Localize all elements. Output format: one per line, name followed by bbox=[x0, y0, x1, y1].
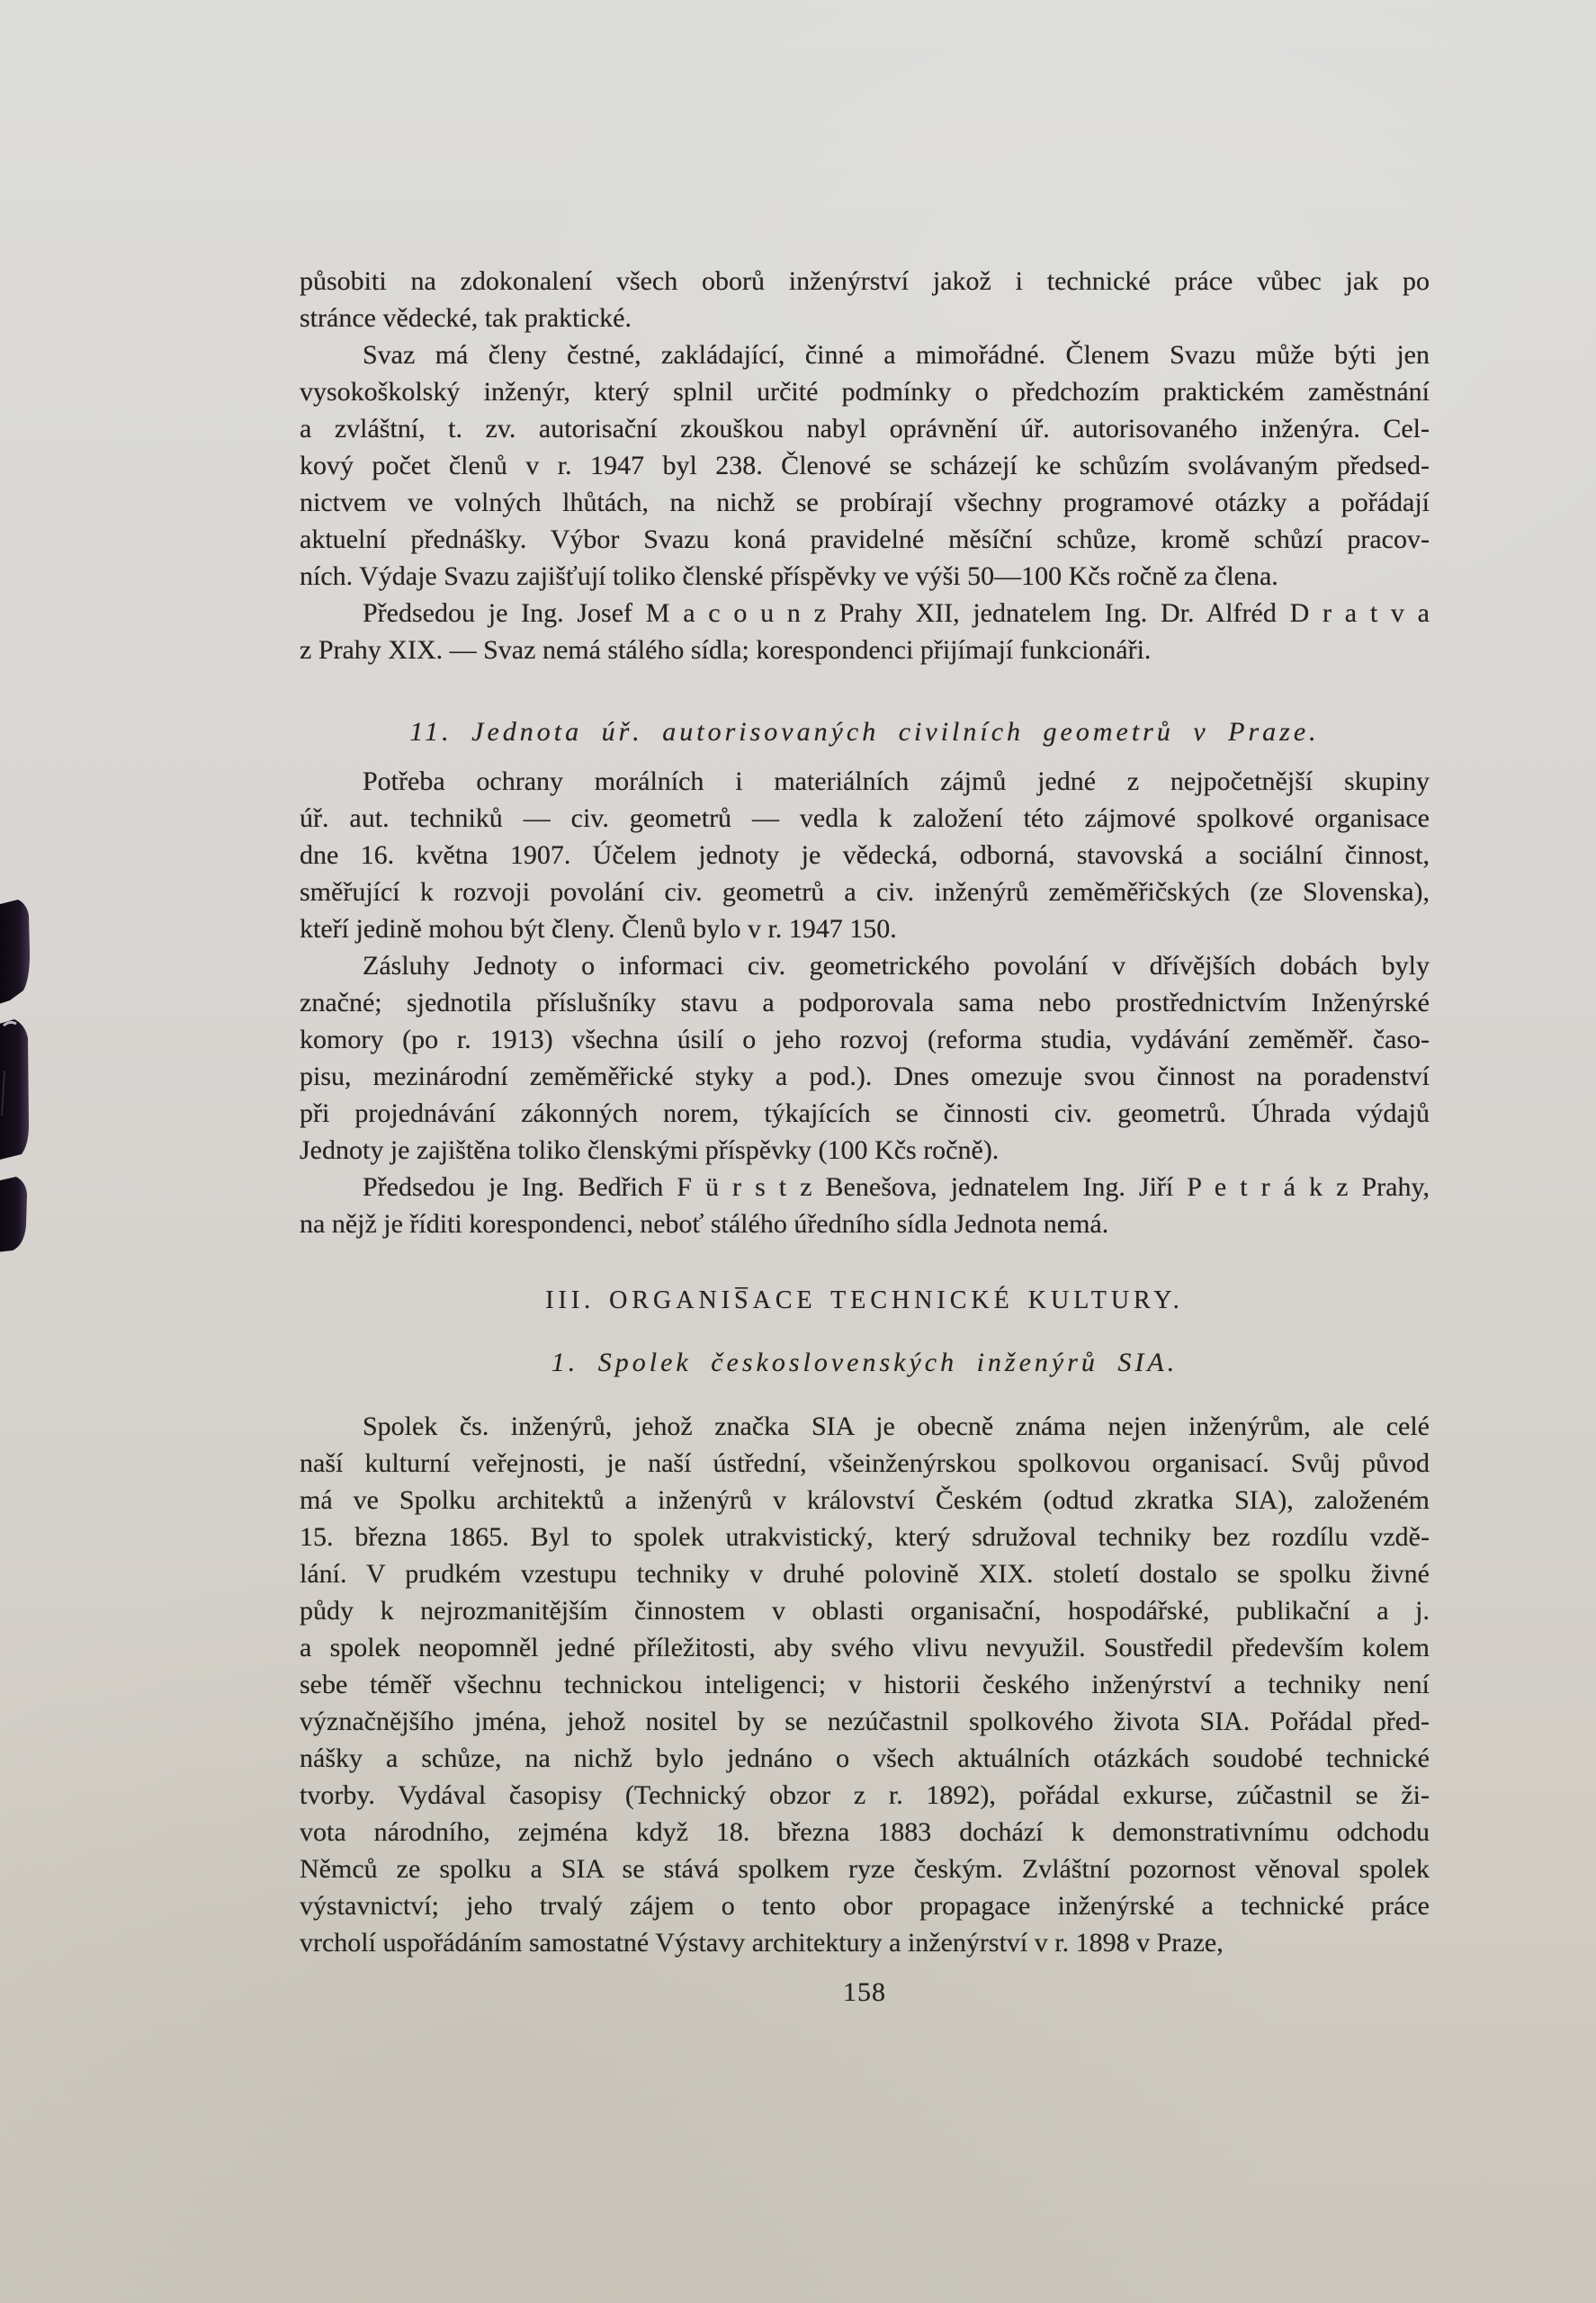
text-line: a spolek neopomněl jedné příležitosti, a… bbox=[300, 1629, 1430, 1666]
clip-segment-bottom bbox=[0, 1177, 27, 1252]
text-line: komory (po r. 1913) všechna úsilí o jeho… bbox=[300, 1021, 1430, 1058]
paragraph: působiti na zdokonalení všech oborů inže… bbox=[300, 263, 1430, 336]
section-heading-organisace-technicke-kultury: III. ORGANIS̅ACE TECHNICKÉ KULTURY. bbox=[300, 1282, 1430, 1319]
text-line: Potřeba ochrany morálních i materiálních… bbox=[300, 763, 1430, 800]
text-line: naší kulturní veřejnosti, je naší ústřed… bbox=[300, 1445, 1430, 1482]
paragraph: Předsedou je Ing. Bedřich F ü r s t z Be… bbox=[300, 1169, 1430, 1242]
text-line: lání. V prudkém vzestupu techniky v druh… bbox=[300, 1555, 1430, 1592]
text-line: stránce vědecké, tak praktické. bbox=[300, 300, 1430, 336]
text-line: má ve Spolku architektů a inženýrů v krá… bbox=[300, 1482, 1430, 1519]
text-line: Němců ze spolku a SIA se stává spolkem r… bbox=[300, 1850, 1430, 1887]
text-line: při projednávání zákonných norem, týkají… bbox=[300, 1095, 1430, 1132]
text-line: směřující k rozvoji povolání civ. geomet… bbox=[300, 874, 1430, 910]
text-line: dne 16. května 1907. Účelem jednoty je v… bbox=[300, 837, 1430, 874]
text-line: Předsedou je Ing. Bedřich F ü r s t z Be… bbox=[300, 1169, 1430, 1205]
clip-segment-middle bbox=[0, 1019, 29, 1160]
text-line: nictvem ve volných lhůtách, na nichž se … bbox=[300, 484, 1430, 521]
text-line: úř. aut. techniků — civ. geometrů — vedl… bbox=[300, 800, 1430, 837]
paragraph: Svaz má členy čestné, zakládající, činné… bbox=[300, 336, 1430, 595]
paragraph: Spolek čs. inženýrů, jehož značka SIA je… bbox=[300, 1408, 1430, 1961]
scanned-book-page: působiti na zdokonalení všech oborů inže… bbox=[0, 0, 1596, 2303]
paragraph: Předsedou je Ing. Josef M a c o u n z Pr… bbox=[300, 595, 1430, 668]
paragraph: Potřeba ochrany morálních i materiálních… bbox=[300, 763, 1430, 947]
text-line: sebe téměř všechnu technickou inteligenc… bbox=[300, 1666, 1430, 1703]
text-line: vrcholí uspořádáním samostatné Výstavy a… bbox=[300, 1924, 1430, 1961]
text-line: vysokoškolský inženýr, který splnil urči… bbox=[300, 373, 1430, 410]
text-line: kteří jedině mohou být členy. Členů bylo… bbox=[300, 910, 1430, 947]
text-line: a zvláštní, t. zv. autorisační zkouškou … bbox=[300, 410, 1430, 447]
clip-segment-top bbox=[0, 900, 30, 1005]
text-line: aktuelní přednášky. Výbor Svazu koná pra… bbox=[300, 521, 1430, 558]
text-line: z Prahy XIX. — Svaz nemá stálého sídla; … bbox=[300, 632, 1430, 668]
clip-highlight-bottom bbox=[2, 1169, 13, 1171]
text-line: Zásluhy Jednoty o informaci civ. geometr… bbox=[300, 947, 1430, 984]
section-heading-spolek-sia: 1. Spolek československých inženýrů SIA. bbox=[300, 1344, 1430, 1381]
text-line: Svaz má členy čestné, zakládající, činné… bbox=[300, 336, 1430, 373]
text-line: značné; sjednotila příslušníky stavu a p… bbox=[300, 984, 1430, 1021]
binding-clip-icon bbox=[0, 900, 41, 1252]
text-line: význačnějšího jména, jehož nositel by se… bbox=[300, 1703, 1430, 1740]
text-line: na nějž je říditi korespondenci, neboť s… bbox=[300, 1205, 1430, 1242]
text-line: pisu, mezinárodní zeměměřické styky a po… bbox=[300, 1058, 1430, 1095]
text-line: kový počet členů v r. 1947 byl 238. Člen… bbox=[300, 447, 1430, 484]
text-line: vota národního, zejména když 18. března … bbox=[300, 1814, 1430, 1850]
section-heading-jednota: 11. Jednota úř. autorisovaných civilních… bbox=[300, 713, 1430, 750]
text-line: Předsedou je Ing. Josef M a c o u n z Pr… bbox=[300, 595, 1430, 632]
text-line: výstavnictví; jeho trvalý zájem o tento … bbox=[300, 1887, 1430, 1924]
text-line: půdy k nejrozmanitějším činnostem v obla… bbox=[300, 1592, 1430, 1629]
text-line: nášky a schůze, na nichž bylo jednáno o … bbox=[300, 1740, 1430, 1777]
text-line: Spolek čs. inženýrů, jehož značka SIA je… bbox=[300, 1408, 1430, 1445]
page-number: 158 bbox=[300, 1974, 1430, 2011]
text-line: ních. Výdaje Svazu zajišťují toliko člen… bbox=[300, 558, 1430, 595]
page-text-column: působiti na zdokonalení všech oborů inže… bbox=[300, 263, 1430, 2011]
text-line: tvorby. Vydával časopisy (Technický obzo… bbox=[300, 1777, 1430, 1814]
text-line: působiti na zdokonalení všech oborů inže… bbox=[300, 263, 1430, 300]
text-line: 15. března 1865. Byl to spolek utrakvist… bbox=[300, 1519, 1430, 1555]
paragraph: Zásluhy Jednoty o informaci civ. geometr… bbox=[300, 947, 1430, 1169]
text-line: Jednoty je zajištěna toliko členskými př… bbox=[300, 1132, 1430, 1169]
